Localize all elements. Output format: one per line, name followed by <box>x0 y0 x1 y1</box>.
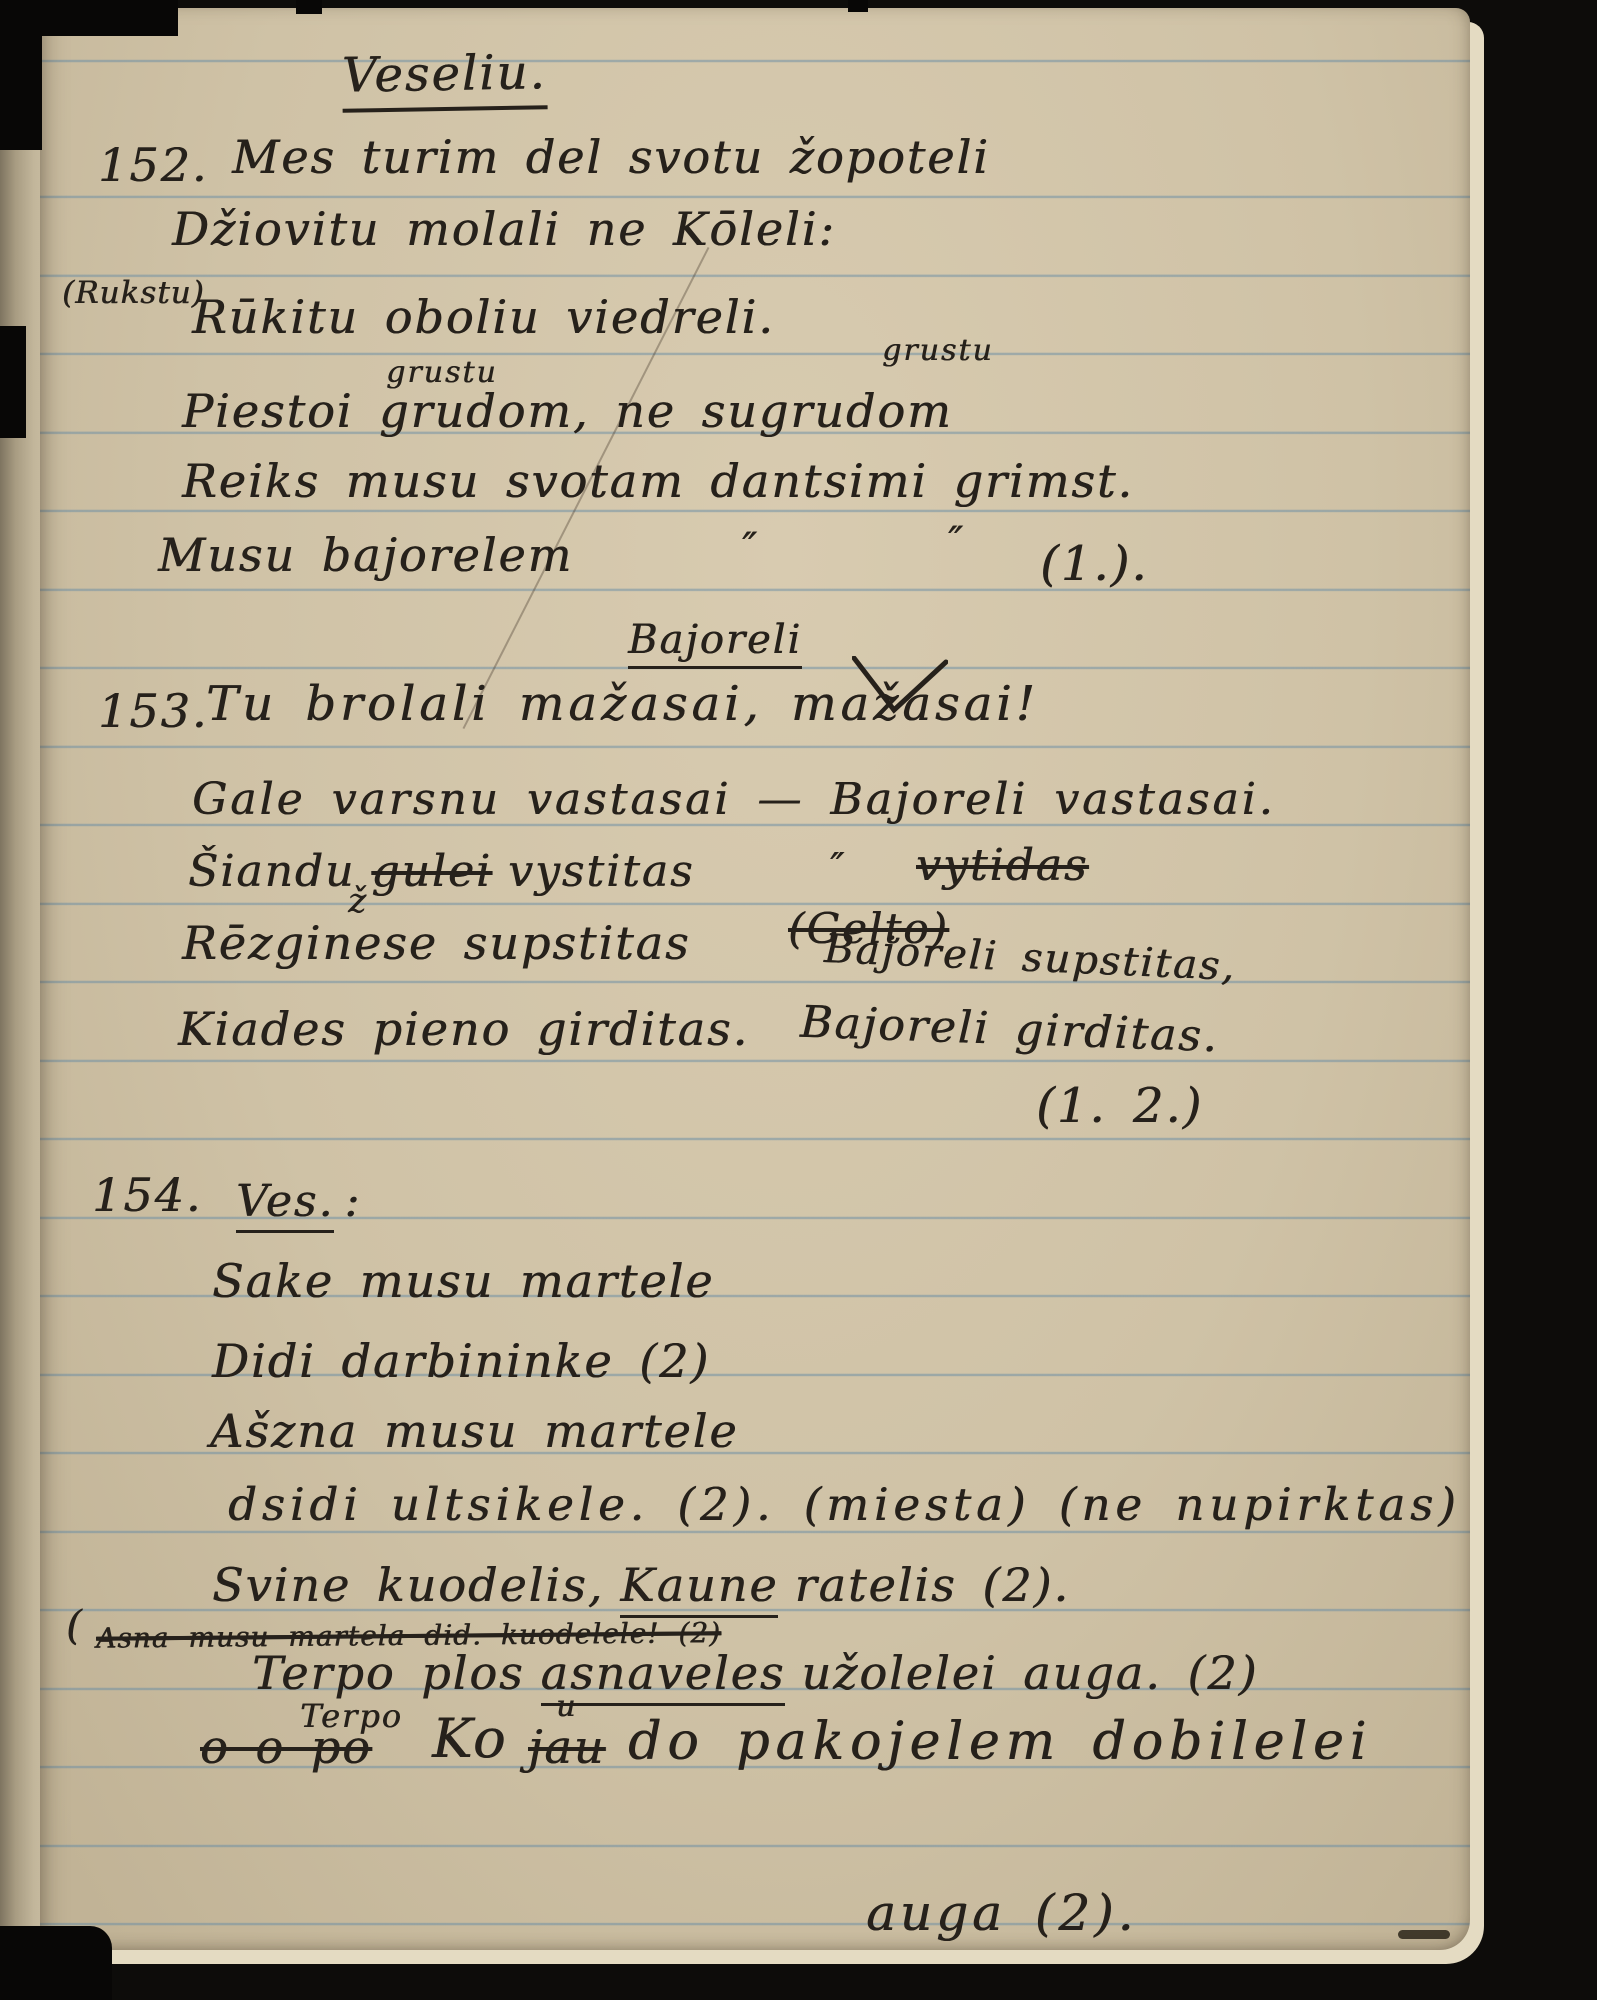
manuscript-scan: Veseliu. 152. Mes turim del svotu žopote… <box>0 0 1597 2000</box>
ink-smudge <box>1398 1930 1450 1939</box>
entry-153-number: 153. <box>98 688 208 734</box>
entry-154-line-7-superscript-2: u <box>556 1692 577 1722</box>
line-3-word: Šiandu <box>188 846 355 897</box>
entry-154-header: Ves.: <box>236 1180 361 1224</box>
entry-152-line-3: Rūkitu oboliu viedreli. <box>192 294 775 340</box>
entry-154-line-7-text: do pakojelem dobilelei <box>628 1716 1372 1768</box>
entry-152-reference: (1.). <box>1040 540 1149 588</box>
entry-152-margin-note: (Rukstu) <box>62 278 205 309</box>
entry-154-line-2: Didi darbininke (2) <box>212 1338 710 1384</box>
entry-154-open-paren: ( <box>66 1606 84 1646</box>
entry-154-number: 154. <box>92 1172 202 1218</box>
entry-154-header-colon: : <box>344 1176 361 1227</box>
entry-153-reference: (1. 2.) <box>1036 1082 1203 1130</box>
entry-152-line-4: Piestoi grudom, ne sugrudom <box>182 388 953 434</box>
page-title-text: Veseliu. <box>342 44 548 113</box>
entry-152-line-2: Džiovitu molali ne Kōleli: <box>172 206 836 252</box>
line-5-underlined-word: Kaune <box>620 1558 778 1618</box>
binding-tab <box>0 1926 112 2000</box>
entry-154-line-4: dsidi ultsikele. (2). (miesta) (ne nupir… <box>228 1482 1461 1527</box>
entry-153-line-1: Tu brolali mažasai, mažasai! <box>206 680 1039 728</box>
ditto-mark: ″ <box>830 848 846 886</box>
entry-154-line-8: auga (2). <box>866 1888 1137 1938</box>
entry-154-line-6: Terpo plosasnavelesužolelei auga. (2) <box>252 1650 1258 1696</box>
line-3-word: vystitas <box>508 846 695 897</box>
entry-153-line-4-correction: ž <box>348 884 368 918</box>
edge-notch <box>848 0 868 12</box>
entry-153-line-2: Gale varsnu vastasai — Bajoreli vastasai… <box>192 778 1276 822</box>
entry-152-number: 152. <box>98 142 208 188</box>
entry-152-superscript-2: grustu <box>882 336 994 366</box>
entry-154-line-7-word: Ko <box>432 1712 507 1766</box>
entry-153-line-5: Kiades pieno girditas. <box>178 1006 749 1052</box>
entry-152-line-5: Reiks musu svotam dantsimi grimst. <box>182 458 1134 504</box>
ditto-mark: ″ <box>948 522 965 562</box>
binding-tab <box>0 0 42 150</box>
entry-154-line-3: Ašzna musu martele <box>210 1408 739 1454</box>
entry-152-line-6: Musu bajorelem <box>158 532 573 578</box>
entry-153-header: Bajoreli <box>628 620 802 660</box>
entry-153-line-3-right-struck: vytidas <box>916 844 1088 888</box>
ditto-mark: ″ <box>742 528 759 568</box>
binding-tab <box>0 326 26 438</box>
line-5-word: Svine kuodelis, <box>212 1558 604 1612</box>
entry-153-line-4: Rēzginese supstitas <box>182 920 691 966</box>
line-6-word: užolelei auga. (2) <box>801 1646 1258 1700</box>
entry-153-header-text: Bajoreli <box>628 617 802 669</box>
page-title: Veseliu. <box>342 48 547 100</box>
entry-152-line-1: Mes turim del svotu žopoteli <box>232 134 990 180</box>
entry-154-header-text: Ves. <box>236 1176 334 1233</box>
entry-154-line-5: Svine kuodelis,Kauneratelis (2). <box>212 1562 1070 1608</box>
line-6-word: Terpo plos <box>252 1646 525 1700</box>
entry-154-line-7-struck-word: jau <box>528 1724 605 1770</box>
line-5-word: ratelis (2). <box>794 1558 1070 1612</box>
entry-153-line-3: Šianduguleivystitas <box>188 850 695 894</box>
edge-notch <box>296 0 322 14</box>
entry-154-line-1: Sake musu martele <box>212 1258 714 1304</box>
entry-154-line-7-superscript: Terpo <box>300 1700 403 1732</box>
line-3-struck-word: gulei <box>371 846 492 897</box>
